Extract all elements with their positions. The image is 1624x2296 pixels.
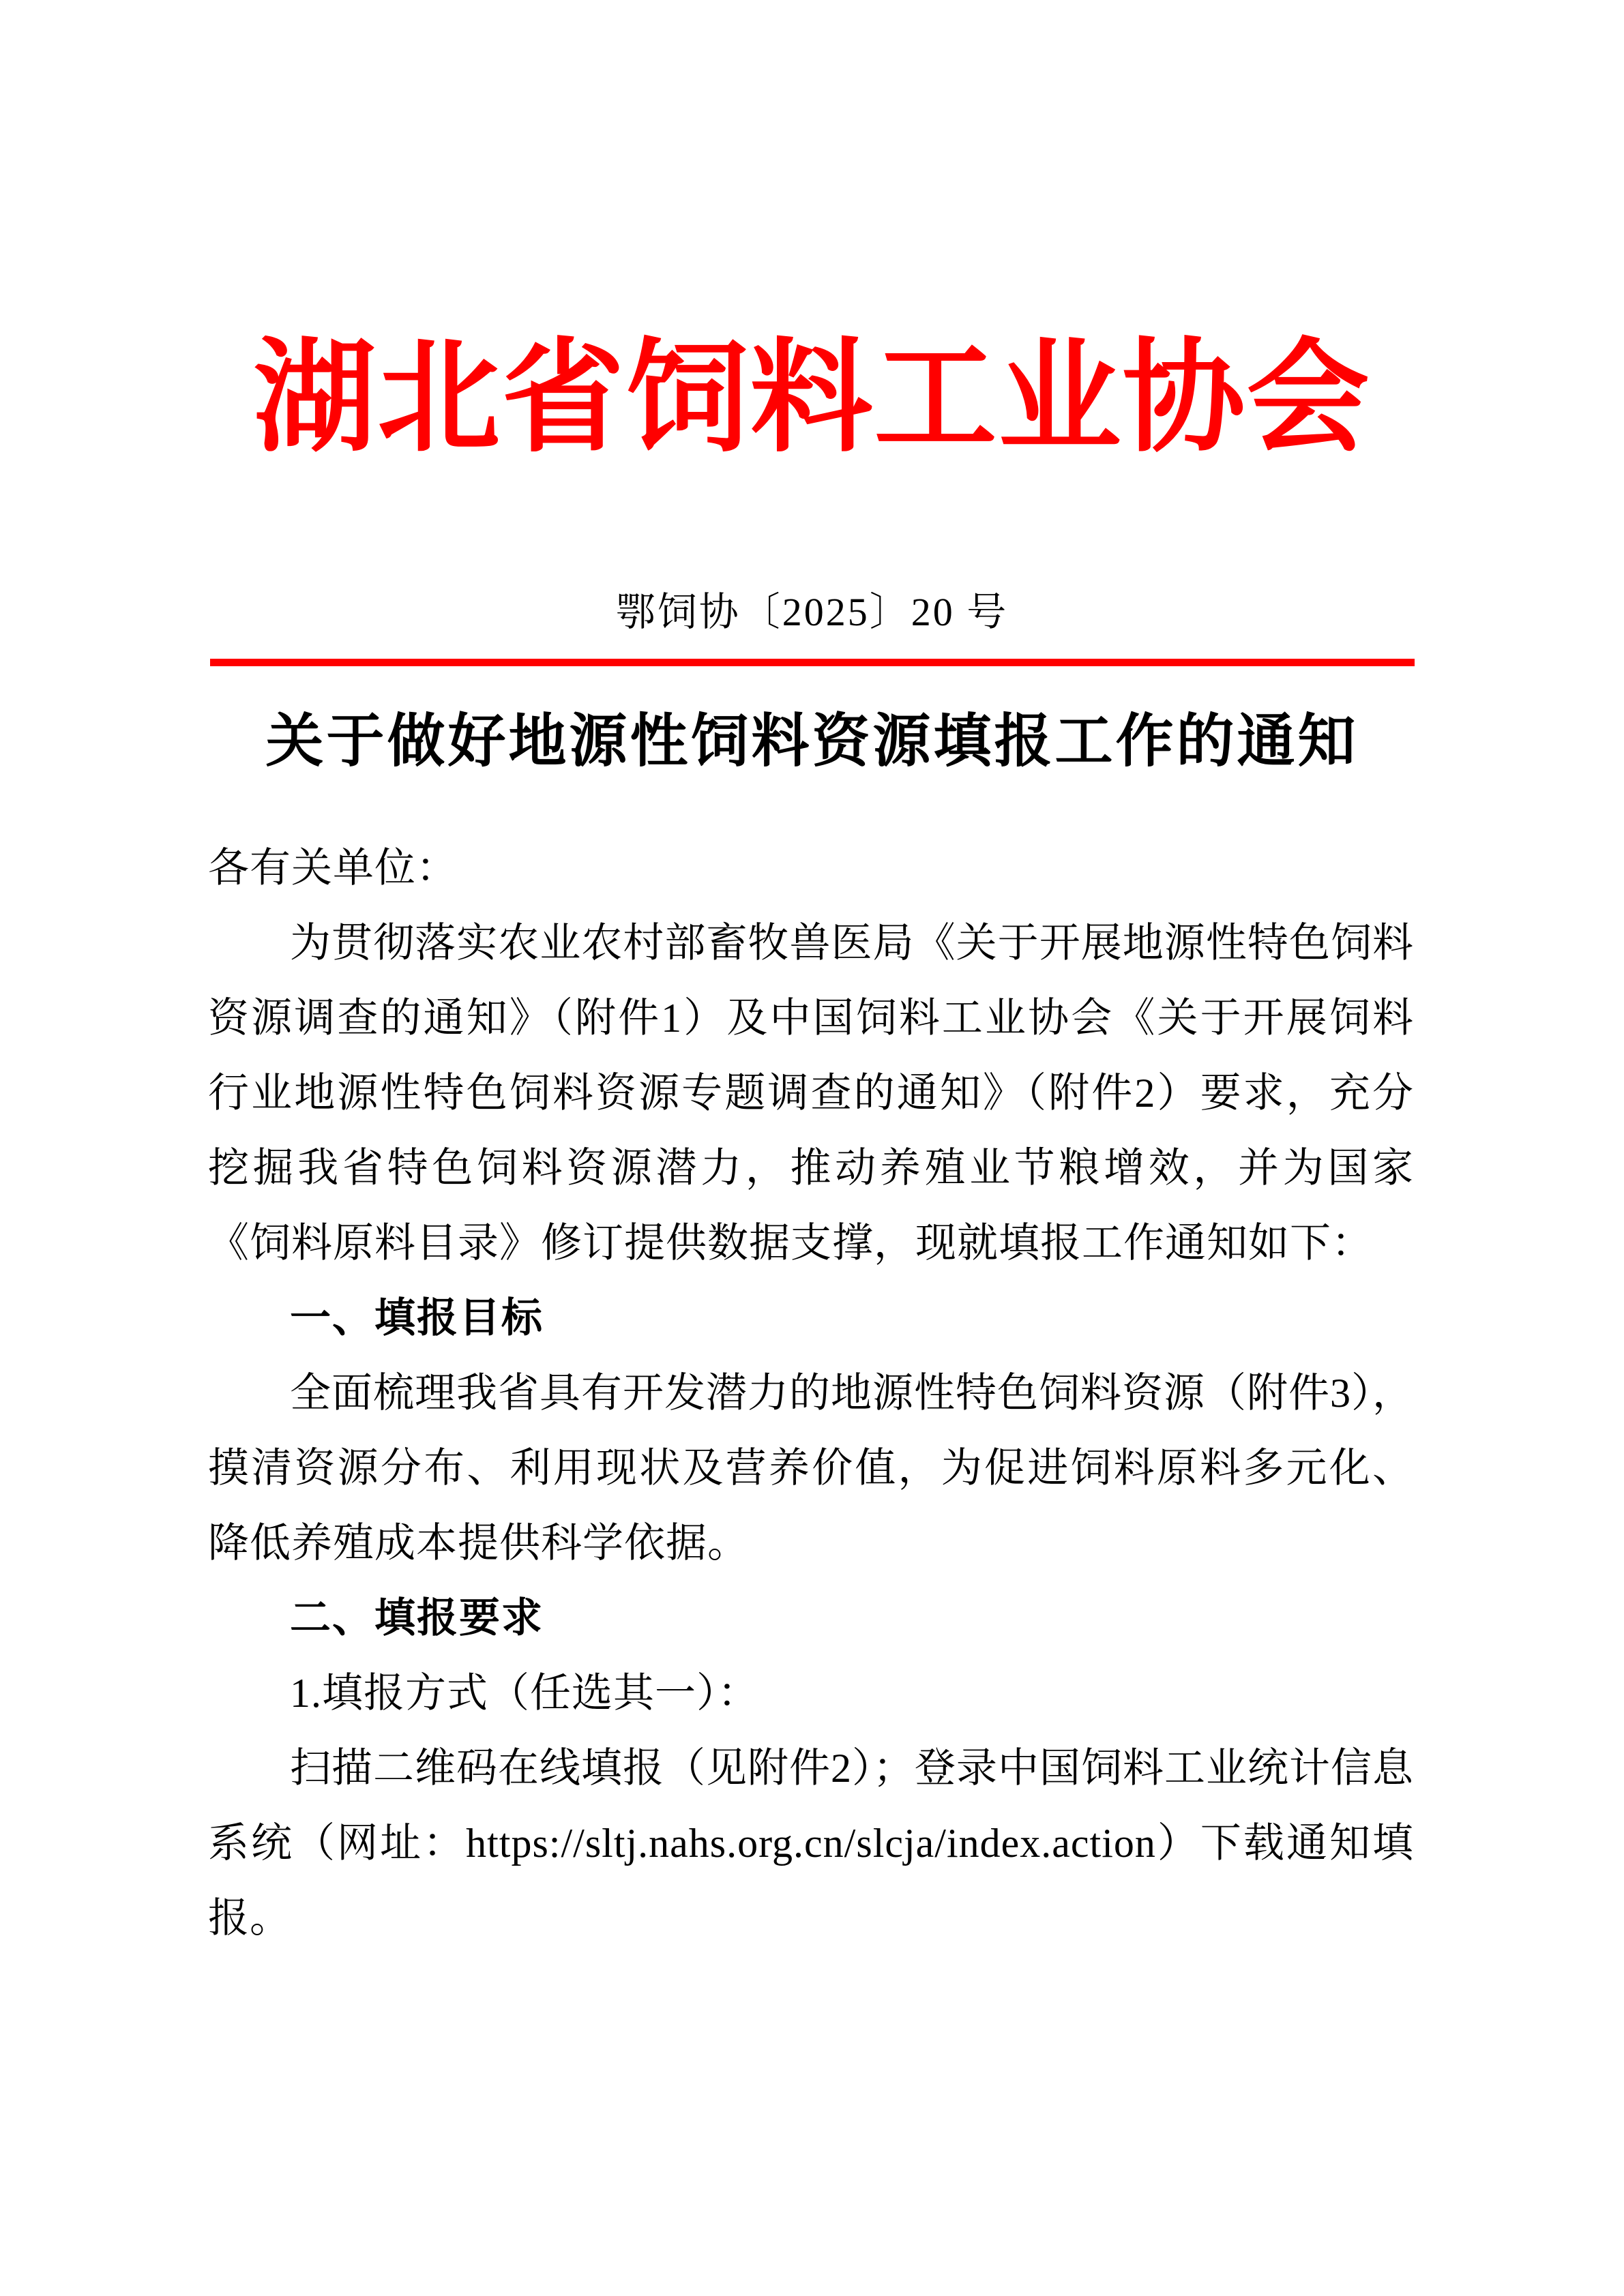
document-number: 鄂饲协〔2025〕20 号 xyxy=(0,585,1624,640)
section-2-heading: 二、填报要求 xyxy=(208,1581,1414,1656)
filing-method-label: 1.填报方式（任选其一）： xyxy=(208,1656,1414,1731)
red-divider-line xyxy=(210,659,1415,666)
association-title: 湖北省饲料工业协会 xyxy=(0,320,1624,477)
intro-paragraph: 为贯彻落实农业农村部畜牧兽医局《关于开展地源性特色饲料资源调查的通知》（附件1）… xyxy=(208,906,1414,1281)
document-page: 湖北省饲料工业协会 鄂饲协〔2025〕20 号 关于做好地源性饲料资源填报工作的… xyxy=(0,0,1624,2296)
section-1-paragraph: 全面梳理我省具有开发潜力的地源性特色饲料资源（附件3），摸清资源分布、利用现状及… xyxy=(208,1356,1414,1581)
filing-method-paragraph: 扫描二维码在线填报（见附件2）；登录中国饲料工业统计信息系统（网址：https:… xyxy=(208,1731,1414,1956)
document-title: 关于做好地源性饲料资源填报工作的通知 xyxy=(0,701,1624,783)
section-1-heading: 一、填报目标 xyxy=(208,1281,1414,1356)
document-body: 各有关单位： 为贯彻落实农业农村部畜牧兽医局《关于开展地源性特色饲料资源调查的通… xyxy=(208,831,1414,1956)
salutation: 各有关单位： xyxy=(208,831,1414,906)
